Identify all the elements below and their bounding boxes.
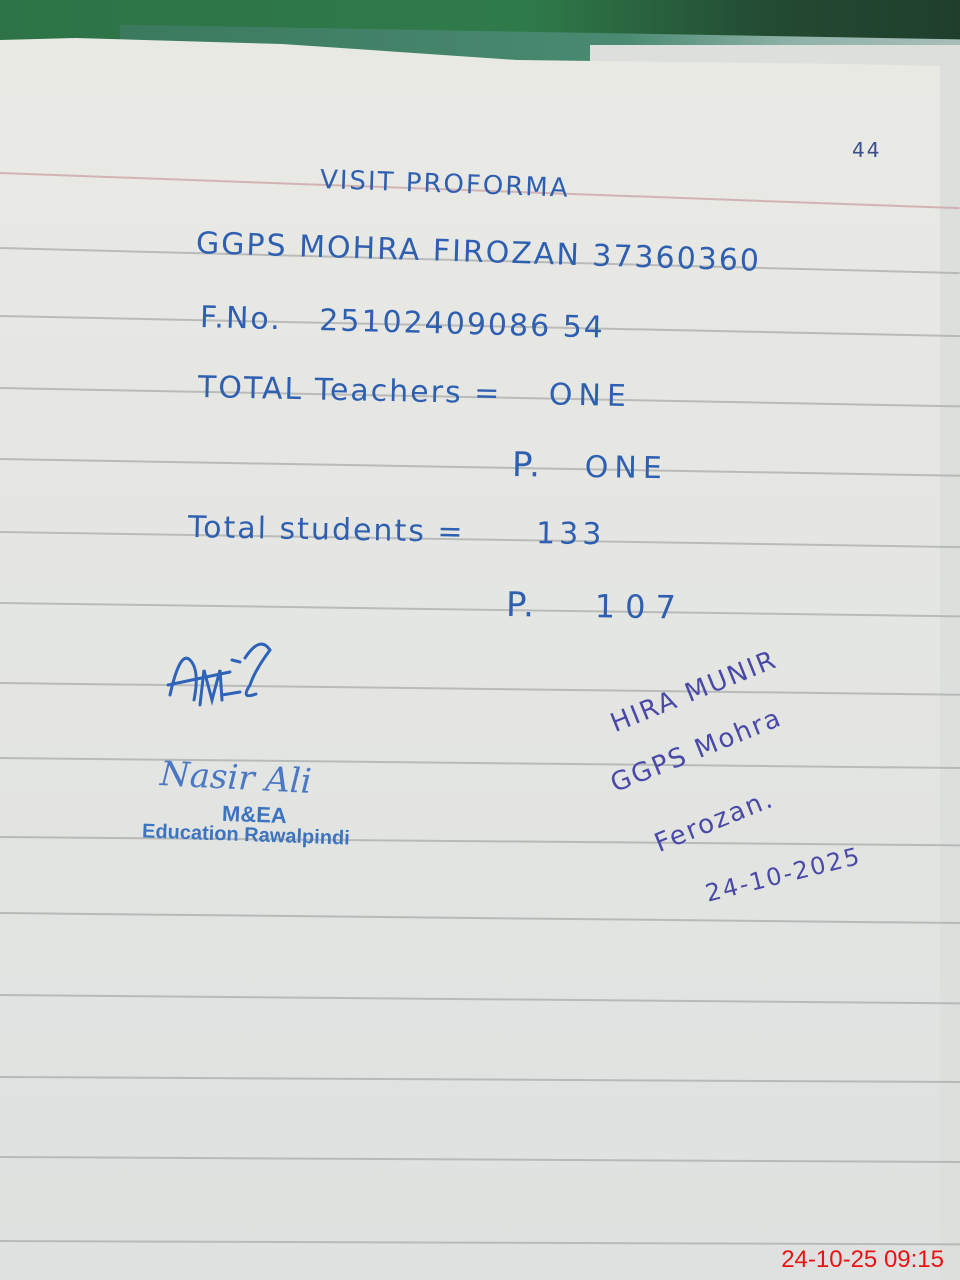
page-number: 44 — [852, 138, 881, 162]
file-number-value: 25102409086 54 — [319, 303, 605, 345]
present-students-label: P. — [506, 585, 537, 625]
total-students-label: Total students = — [188, 510, 465, 550]
total-teachers-label: TOTAL Teachers = — [198, 370, 502, 411]
file-number-label: F.No. — [200, 300, 283, 337]
camera-timestamp: 24-10-25 09:15 — [781, 1246, 944, 1274]
total-teachers-value: ONE — [548, 377, 632, 414]
present-teachers-value: ONE — [585, 450, 668, 486]
present-teachers-label: P. — [512, 445, 543, 485]
visitor-initials-signature — [160, 640, 280, 720]
total-students-value: 133 — [536, 516, 606, 552]
present-students-row: P. 107 — [506, 585, 686, 628]
stamp-signature: Nasir Ali — [159, 754, 313, 802]
present-students-value: 107 — [595, 587, 687, 626]
present-teachers-row: P. ONE — [512, 445, 668, 487]
total-students-row: Total students = 133 — [188, 510, 606, 552]
notebook-page — [0, 38, 940, 1280]
